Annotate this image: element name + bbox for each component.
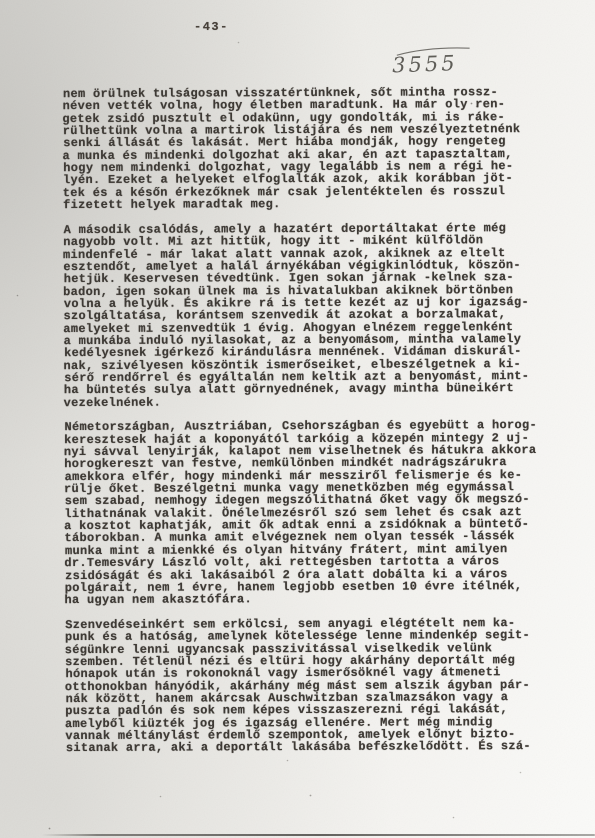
text-line: nem örülnek tulságosan visszatértünknek,…	[63, 86, 555, 100]
text-line: ségünkre lenni ugyancsak passzivitással …	[65, 642, 557, 656]
text-line: tek és a későn érkezőknek már csak jelen…	[63, 185, 555, 199]
text-line: ha ugyan nem akasztófára.	[64, 592, 556, 606]
paragraph: Szenvedéseinkért sem erkölcsi, sem anyag…	[65, 617, 558, 755]
text-line: a kosztot kaphatják, amit ők adtak enni …	[64, 518, 556, 532]
text-line: vezekelnének.	[64, 395, 556, 409]
text-line: sitanak arra, aki a deportált lakásába b…	[66, 740, 558, 754]
text-line: nák között, hanem akárcsak Auschwitzban …	[66, 691, 558, 705]
text-line: sem szabad, nemhogy idegen megszólithatn…	[65, 493, 557, 507]
handwritten-mark: 3555	[385, 38, 478, 81]
text-line: amelyből kiüzték jog és igazság ellenére…	[65, 716, 557, 730]
text-line: Szenvedéseinkért sem erkölcsi, sem anyag…	[65, 617, 557, 631]
paragraph: nem örülnek tulságosan visszatértünknek,…	[63, 86, 556, 212]
text-line: mindenfelé - már lakat alatt vannak azok…	[63, 246, 555, 260]
paragraph: Németországban, Ausztriában, Csehországb…	[64, 419, 557, 606]
text-line: sérő rendőrrel és egyáltalán nem keltik …	[64, 370, 556, 384]
text-line: amelyeket mi szenvedtük 1 évig. Ahogyan …	[63, 321, 555, 335]
text-line: hogy nem mindenki dolgozhat, vagy legalá…	[63, 160, 555, 174]
text-line: A második csalódás, amely a hazatért dep…	[64, 222, 556, 236]
page-bottom-edge-shadow	[42, 834, 595, 836]
text-line: nyi sávval lenyirják, kalapot nem viselh…	[64, 444, 556, 458]
text-block: nem örülnek tulságosan visszatértünknek,…	[63, 86, 558, 755]
page-number: -43-	[194, 20, 229, 34]
text-line: zsidóságát és aki lakásaiból 2 óra alatt…	[65, 567, 557, 581]
handwritten-number: 3555	[392, 51, 458, 77]
paragraph: A második csalódás, amely a hazatért dep…	[63, 222, 556, 409]
text-line: volna a helyük. És akikre rá is tette ke…	[64, 296, 556, 310]
text-line: Németországban, Ausztriában, Csehországb…	[64, 419, 556, 433]
text-line: getek zsidó pusztult el odakünn, ugy gon…	[62, 111, 554, 125]
scan-specks	[0, 0, 1, 1]
scanned-page: -43- 3555 nem örülnek tulságosan visszat…	[0, 0, 595, 838]
